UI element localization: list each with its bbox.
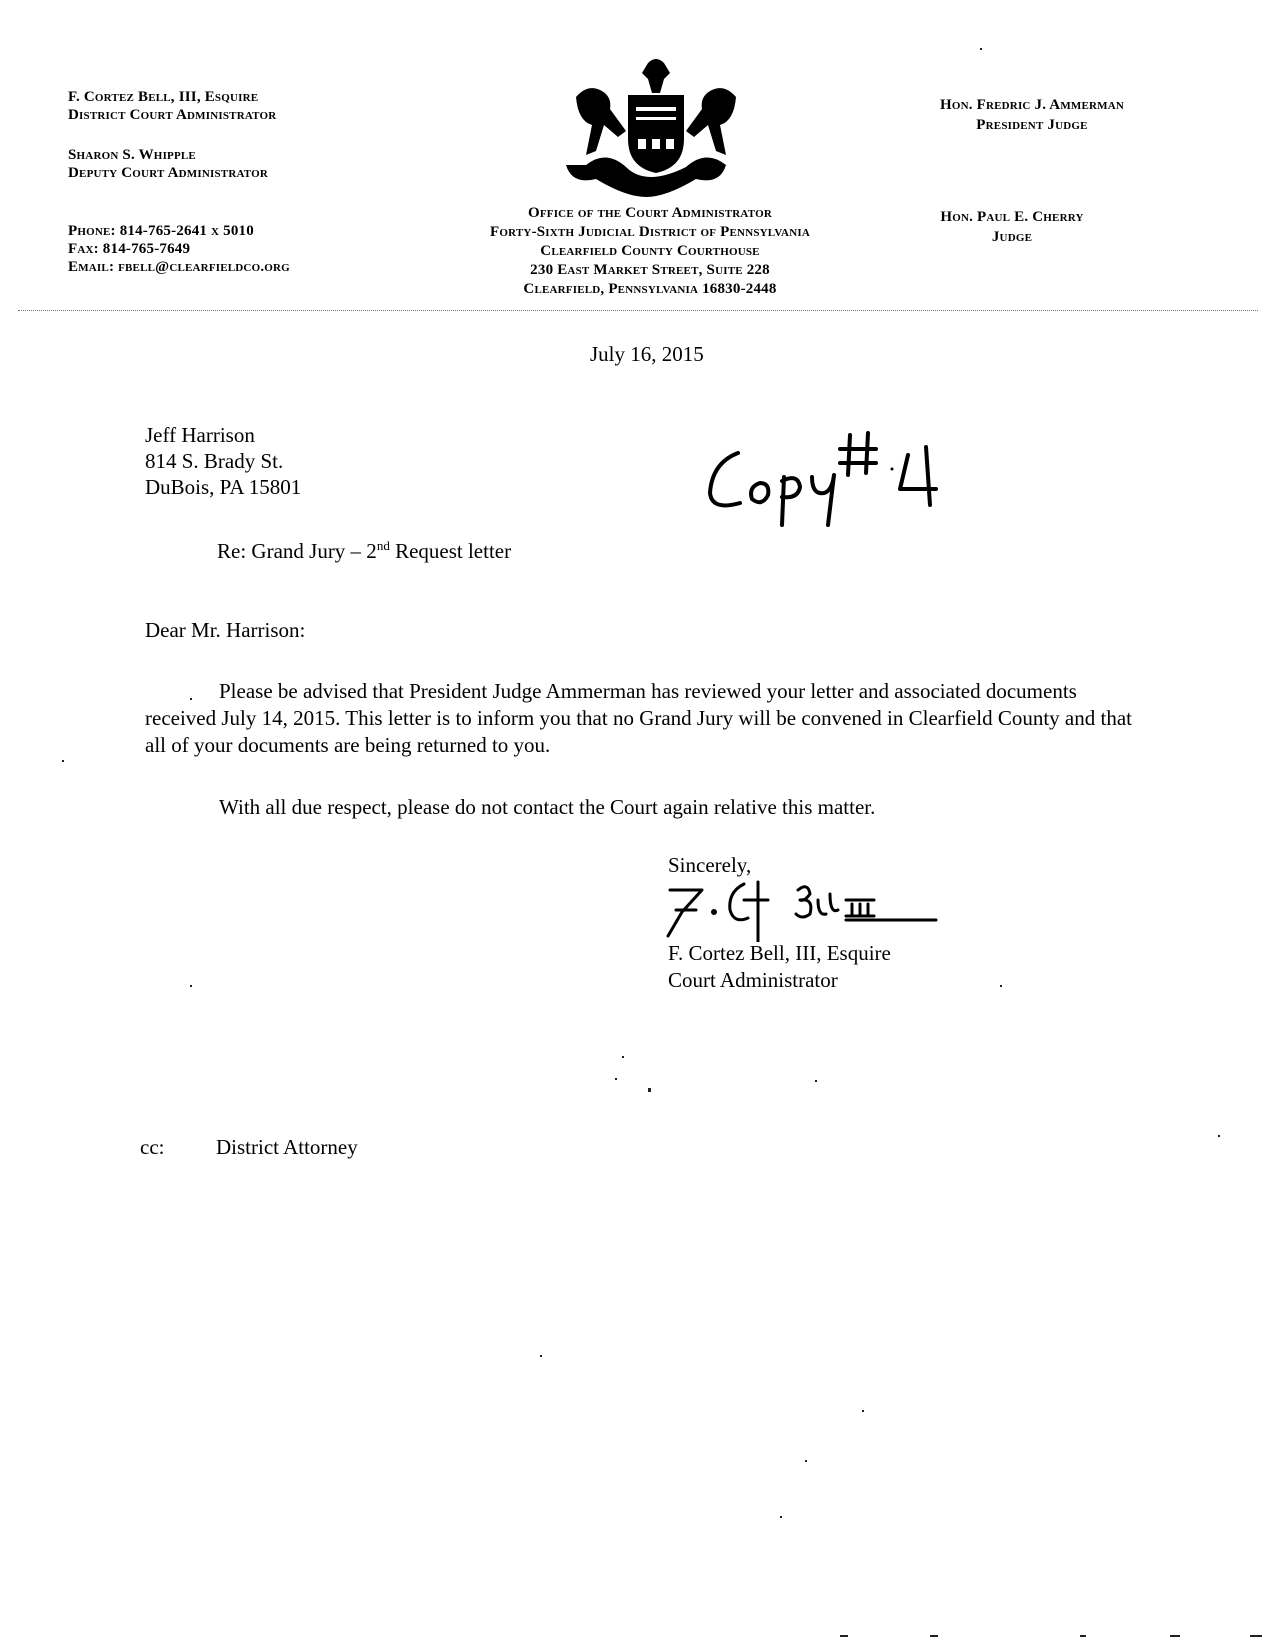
judge-name: Hon. Fredric J. Ammerman [912, 95, 1152, 115]
subject-suffix: Request letter [390, 539, 511, 563]
office-line: Office of the Court Administrator [420, 204, 880, 223]
subject-line: Re: Grand Jury – 2nd Request letter [217, 538, 511, 564]
pennsylvania-seal-icon [556, 55, 756, 205]
contact-info: Phone: 814-765-2641 x 5010 Fax: 814-765-… [68, 222, 290, 276]
signature-icon [640, 872, 970, 942]
staff-title: Deputy Court Administrator [68, 164, 290, 182]
email: Email: fbell@clearfieldco.org [68, 258, 290, 276]
fax: Fax: 814-765-7649 [68, 240, 290, 258]
recipient-street: 814 S. Brady St. [145, 448, 301, 474]
judge-president: Hon. Fredric J. Ammerman President Judge [912, 95, 1152, 135]
salutation: Dear Mr. Harrison: [145, 618, 305, 643]
letter-date: July 16, 2015 [590, 342, 704, 367]
signer-block: F. Cortez Bell, III, Esquire Court Admin… [668, 940, 891, 994]
office-line: 230 East Market Street, Suite 228 [420, 261, 880, 280]
cc-label: cc: [140, 1135, 216, 1160]
office-line: Clearfield County Courthouse [420, 242, 880, 261]
staff-deputy: Sharon S. Whipple Deputy Court Administr… [68, 146, 290, 182]
phone: Phone: 814-765-2641 x 5010 [68, 222, 290, 240]
staff-name: F. Cortez Bell, III, Esquire [68, 88, 290, 106]
recipient-name: Jeff Harrison [145, 422, 301, 448]
staff-name: Sharon S. Whipple [68, 146, 290, 164]
body-paragraph: With all due respect, please do not cont… [219, 795, 875, 820]
judge-name: Hon. Paul E. Cherry [912, 207, 1112, 227]
letterhead-left: F. Cortez Bell, III, Esquire District Co… [68, 88, 290, 298]
judge-associate: Hon. Paul E. Cherry Judge [912, 207, 1112, 247]
recipient-address: Jeff Harrison 814 S. Brady St. DuBois, P… [145, 422, 301, 500]
subject-prefix: Re: Grand Jury – 2 [217, 539, 377, 563]
signer-name: F. Cortez Bell, III, Esquire [668, 940, 891, 967]
judge-title: Judge [912, 227, 1112, 247]
staff-administrator: F. Cortez Bell, III, Esquire District Co… [68, 88, 290, 124]
letterhead-divider [18, 310, 1258, 311]
staff-title: District Court Administrator [68, 106, 290, 124]
office-line: Clearfield, Pennsylvania 16830-2448 [420, 280, 880, 299]
office-line: Forty-Sixth Judicial District of Pennsyl… [420, 223, 880, 242]
letterhead-right: Hon. Fredric J. Ammerman President Judge… [912, 95, 1182, 247]
cc-line: cc:District Attorney [140, 1135, 358, 1160]
judge-title: President Judge [912, 115, 1152, 135]
recipient-city: DuBois, PA 15801 [145, 474, 301, 500]
subject-superscript: nd [377, 538, 390, 553]
cc-recipient: District Attorney [216, 1135, 358, 1159]
handwritten-copy-note: Copy # 4 [690, 425, 970, 535]
body-paragraph: Please be advised that President Judge A… [145, 678, 1135, 759]
signer-title: Court Administrator [668, 967, 891, 994]
office-address: Office of the Court Administrator Forty-… [420, 204, 880, 299]
